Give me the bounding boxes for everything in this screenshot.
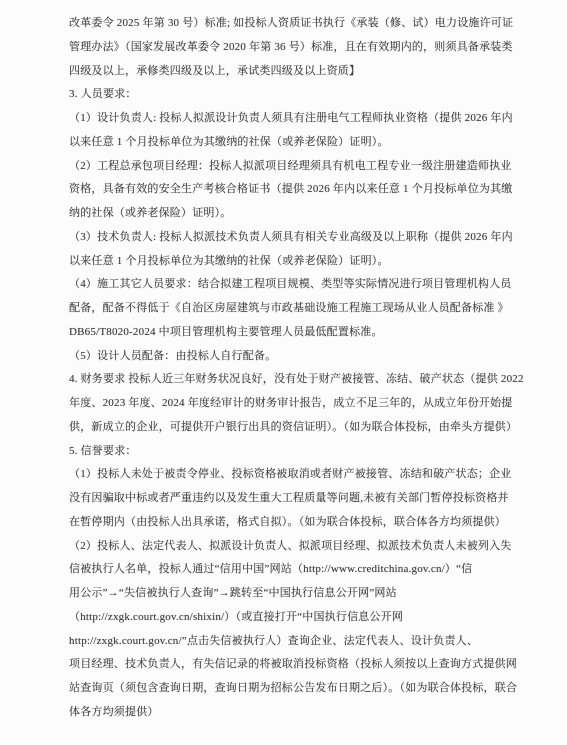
text-line: 5. 信誉要求： xyxy=(69,440,514,464)
text-line: 项目经理、技术负责人，有失信记录的将被取消投标资格（投标人须按以上查询方式提供网 xyxy=(69,653,514,677)
text-line: 四级及以上，承修类四级及以上，承试类四级及以上资质】 xyxy=(69,60,514,84)
text-line: 资格，具备有效的安全生产考核合格证书（提供 2026 年内以来任意 1 个月投标… xyxy=(69,178,514,202)
text-line: 在暂停期内（由投标人出具承诺，格式自拟）。（如为联合体投标，联合体各方均须提供） xyxy=(69,511,514,535)
text-line: http://zxgk.court.gov.cn/”点击失信被执行人）查询企业、… xyxy=(69,630,514,654)
text-line: （5）设计人员配备：由投标人自行配备。 xyxy=(69,345,514,369)
scanned-document-page: 改革委令 2025 年第 30 号）标准; 如投标人资质证书执行《承装（修、试）… xyxy=(0,0,567,745)
text-line: 供，新成立的企业，可提供开户银行出具的资信证明）。（如为联合体投标，由牵头方提供… xyxy=(69,416,514,440)
text-line: 以来任意 1 个月投标单位为其缴纳的社保（或养老保险）证明）。 xyxy=(69,250,514,274)
text-line: 站查询页（须包含查询日期，查询日期为招标公告发布日期之后）。（如为联合体投标，联… xyxy=(69,677,514,701)
text-line: 管理办法》（国家发展改革委令 2020 年第 36 号）标准，且在有效期内的，则… xyxy=(69,36,514,60)
text-line: （3）技术负责人: 投标人拟派技术负责人须具有相关专业高级及以上职称（提供 20… xyxy=(69,226,514,250)
text-line: （1）投标人未处于被责令停业、投标资格被取消或者财产被接管、冻结和破产状态；企业 xyxy=(69,463,514,487)
text-line: （1）设计负责人: 投标人拟派设计负责人须具有注册电气工程师执业资格（提供 20… xyxy=(69,107,514,131)
text-line: 4. 财务要求 投标人近三年财务状况良好，没有处于财产被接管、冻结、破产状态（提… xyxy=(69,368,514,392)
document-text-block: 改革委令 2025 年第 30 号）标准; 如投标人资质证书执行《承装（修、试）… xyxy=(69,12,514,725)
text-line: 没有因骗取中标或者严重违约以及发生重大工程质量等问题,未被有关部门暂停投标资格并 xyxy=(69,487,514,511)
text-line: （2）工程总承包项目经理：投标人拟派项目经理须具有机电工程专业一级注册建造师执业 xyxy=(69,155,514,179)
text-line: 年度、2023 年度、2024 年度经审计的财务审计报告，成立不足三年的，从成立… xyxy=(69,392,514,416)
text-line: 纳的社保（或养老保险）证明）。 xyxy=(69,202,514,226)
text-line: 3. 人员要求： xyxy=(69,83,514,107)
text-line: 用公示”→“失信被执行人查询”→跳转至“中国执行信息公开网”网站 xyxy=(69,582,514,606)
text-line: 信被执行人名单，投标人通过“信用中国”网站（http://www.creditc… xyxy=(69,558,514,582)
text-line: 改革委令 2025 年第 30 号）标准; 如投标人资质证书执行《承装（修、试）… xyxy=(69,12,514,36)
text-line: （2）投标人、法定代表人、拟派设计负责人、拟派项目经理、拟派技术负责人未被列入失 xyxy=(69,535,514,559)
text-line: 配备，配备不得低于《自治区房屋建筑与市政基础设施工程施工现场从业人员配备标准 》 xyxy=(69,297,514,321)
text-line: 体各方均须提供） xyxy=(69,701,514,725)
text-line: （4）施工其它人员要求：结合拟建工程项目规模、类型等实际情况进行项目管理机构人员 xyxy=(69,273,514,297)
text-line: （http://zxgk.court.gov.cn/shixin/）（或直接打开… xyxy=(69,606,514,630)
text-line: DB65/T8020-2024 中项目管理机构主要管理人员最低配置标准。 xyxy=(69,321,514,345)
text-line: 以来任意 1 个月投标单位为其缴纳的社保（或养老保险）证明）。 xyxy=(69,131,514,155)
